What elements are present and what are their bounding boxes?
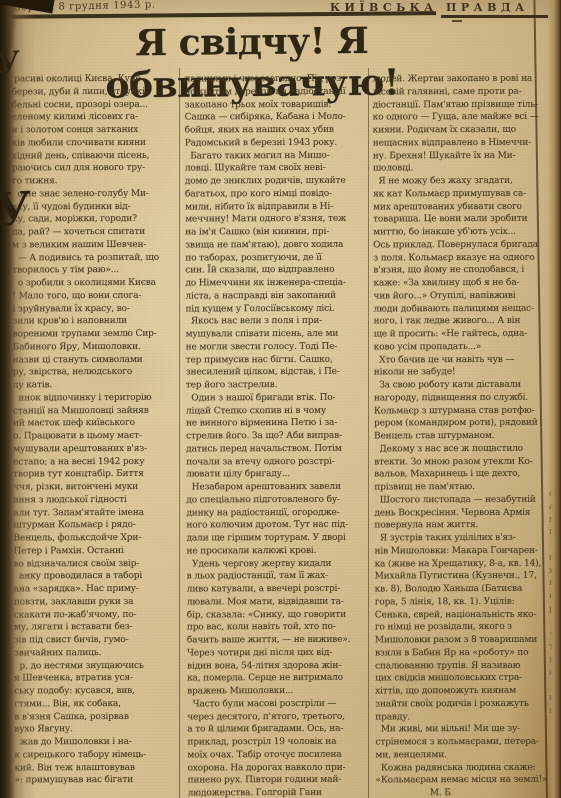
column-rule-2 [368, 68, 369, 798]
article-column-2: палицями і чим завгодно. Під роз- ложист… [184, 73, 367, 798]
masthead-rule-right [441, 15, 548, 18]
column-rule-1 [179, 68, 180, 798]
page-edge-shadow [548, 0, 561, 798]
newspaper-page-scan: Середа 8 грудня 1943 р. КИЇВСЬКА ПРАВДА … [0, 0, 561, 798]
article-column-3: людей. Жертви закопано в рові на лісовій… [372, 73, 547, 798]
article-column-1: расиві околиці Києва. Куче- берези, дуби… [11, 73, 180, 798]
cutoff-letter-fragment: У [0, 45, 22, 82]
book-spine-shadow [0, 0, 36, 798]
cutoff-letter-fragment: У [0, 181, 33, 237]
